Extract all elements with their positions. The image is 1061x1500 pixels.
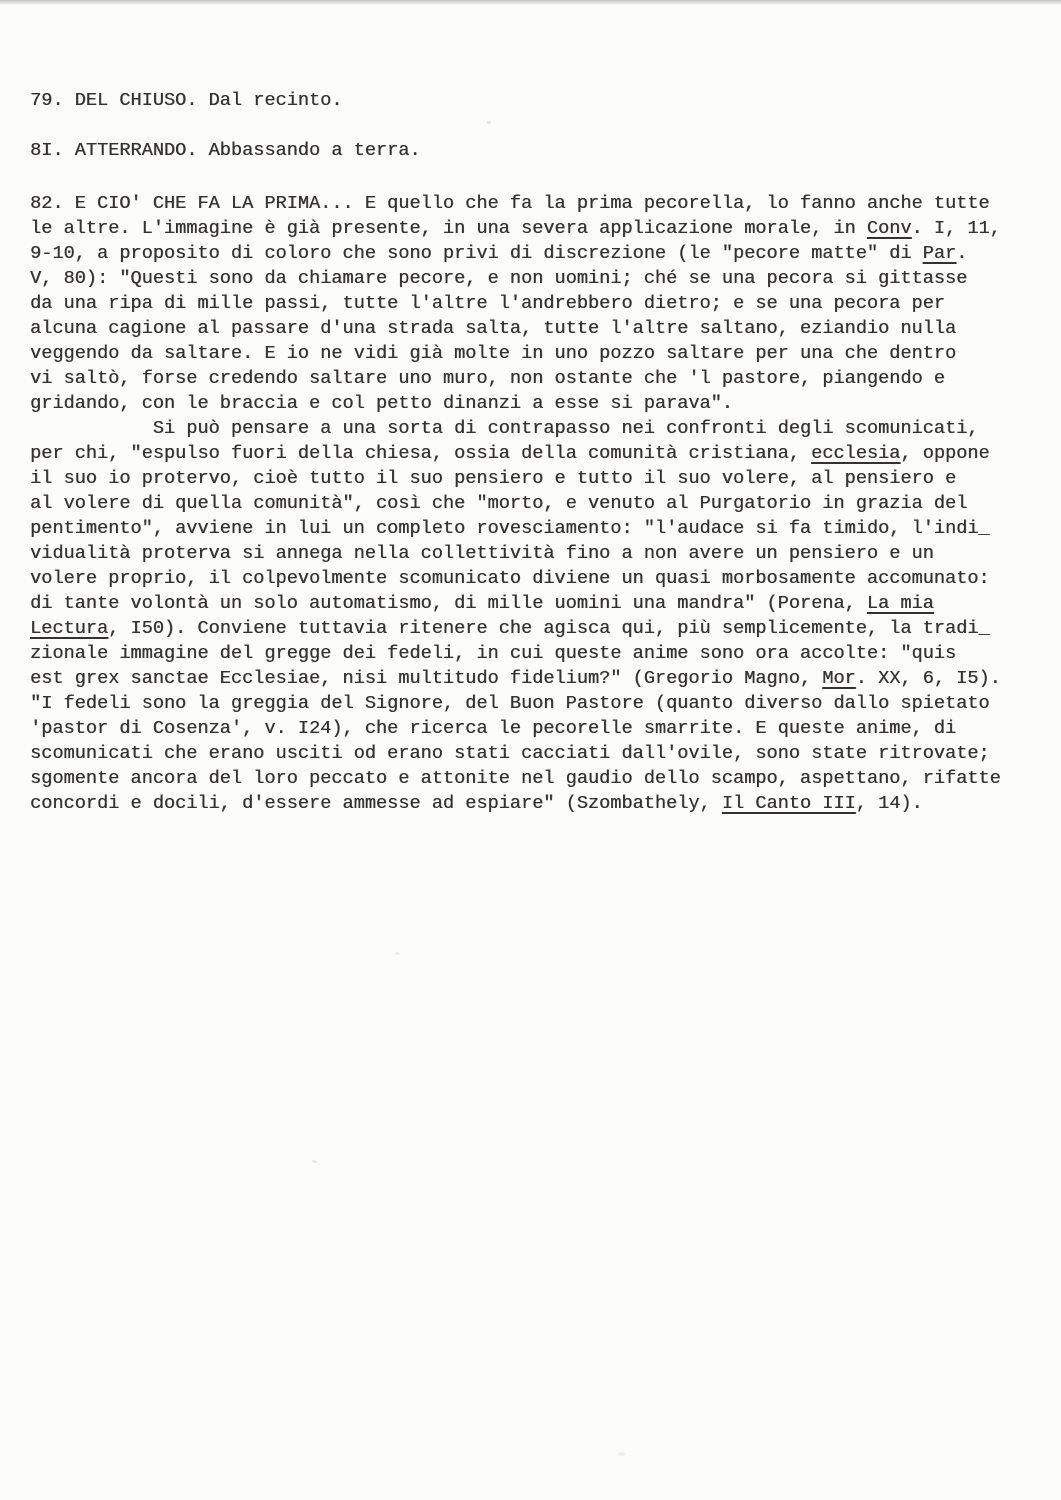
text-line: vidualità proterva si annega nella colle…: [30, 541, 1001, 566]
scan-speck: [487, 121, 491, 124]
text-line: "I fedeli sono la greggia del Signore, d…: [30, 691, 1001, 716]
text-line: vi saltò, forse credendo saltare uno mur…: [30, 366, 1001, 391]
text-line: gridando, con le braccia e col petto din…: [30, 391, 1001, 416]
text-line: est grex sanctae Ecclesiae, nisi multitu…: [30, 666, 1001, 691]
text-line: alcuna cagione al passare d'una strada s…: [30, 316, 1001, 341]
text-line: 9-10, a proposito di coloro che sono pri…: [30, 241, 1001, 266]
text-line: 79. DEL CHIUSO. Dal recinto.: [30, 88, 342, 113]
text-line: da una ripa di mille passi, tutte l'altr…: [30, 291, 1001, 316]
text-line: 82. E CIO' CHE FA LA PRIMA... E quello c…: [30, 191, 1001, 216]
text-line: sgomente ancora del loro peccato e atton…: [30, 766, 1001, 791]
commentary-paragraph: Si può pensare a una sorta di contrapass…: [30, 416, 1001, 816]
text-line: le altre. L'immagine è già presente, in …: [30, 216, 1001, 241]
text-line: Si può pensare a una sorta di contrapass…: [30, 416, 1001, 441]
text-line: Lectura, I50). Conviene tuttavia ritener…: [30, 616, 1001, 641]
scanned-document-screenshot: { "page": { "background_color": "#fcfcfa…: [0, 0, 1061, 1500]
text-line: scomunicati che erano usciti od erano st…: [30, 741, 1001, 766]
text-line: di tante volontà un solo automatismo, di…: [30, 591, 1001, 616]
text-line: 'pastor di Cosenza', v. I24), che ricerc…: [30, 716, 1001, 741]
note-79: 79. DEL CHIUSO. Dal recinto.: [30, 88, 342, 113]
scan-speck: [312, 1159, 318, 1164]
text-line: al volere di quella comunità", così che …: [30, 491, 1001, 516]
scan-speck: [395, 952, 399, 955]
text-line: pentimento", avviene in lui un completo …: [30, 516, 1001, 541]
text-line: concordi e docili, d'essere ammesse ad e…: [30, 791, 1001, 816]
text-line: 8I. ATTERRANDO. Abbassando a terra.: [30, 138, 421, 163]
text-line: volere proprio, il colpevolmente scomuni…: [30, 566, 1001, 591]
note-82-paragraph: 82. E CIO' CHE FA LA PRIMA... E quello c…: [30, 191, 1001, 416]
text-line: per chi, "espulso fuori della chiesa, os…: [30, 441, 1001, 466]
text-line: V, 80): "Questi sono da chiamare pecore,…: [30, 266, 1001, 291]
scan-speck: [618, 1452, 625, 1456]
scan-edge-artifact: [0, 0, 1061, 5]
text-line: zionale immagine del gregge dei fedeli, …: [30, 641, 1001, 666]
document-page: 79. DEL CHIUSO. Dal recinto. 8I. ATTERRA…: [0, 0, 1061, 1500]
note-81: 8I. ATTERRANDO. Abbassando a terra.: [30, 138, 421, 163]
text-line: il suo io protervo, cioè tutto il suo pe…: [30, 466, 1001, 491]
text-line: veggendo da saltare. E io ne vidi già mo…: [30, 341, 1001, 366]
